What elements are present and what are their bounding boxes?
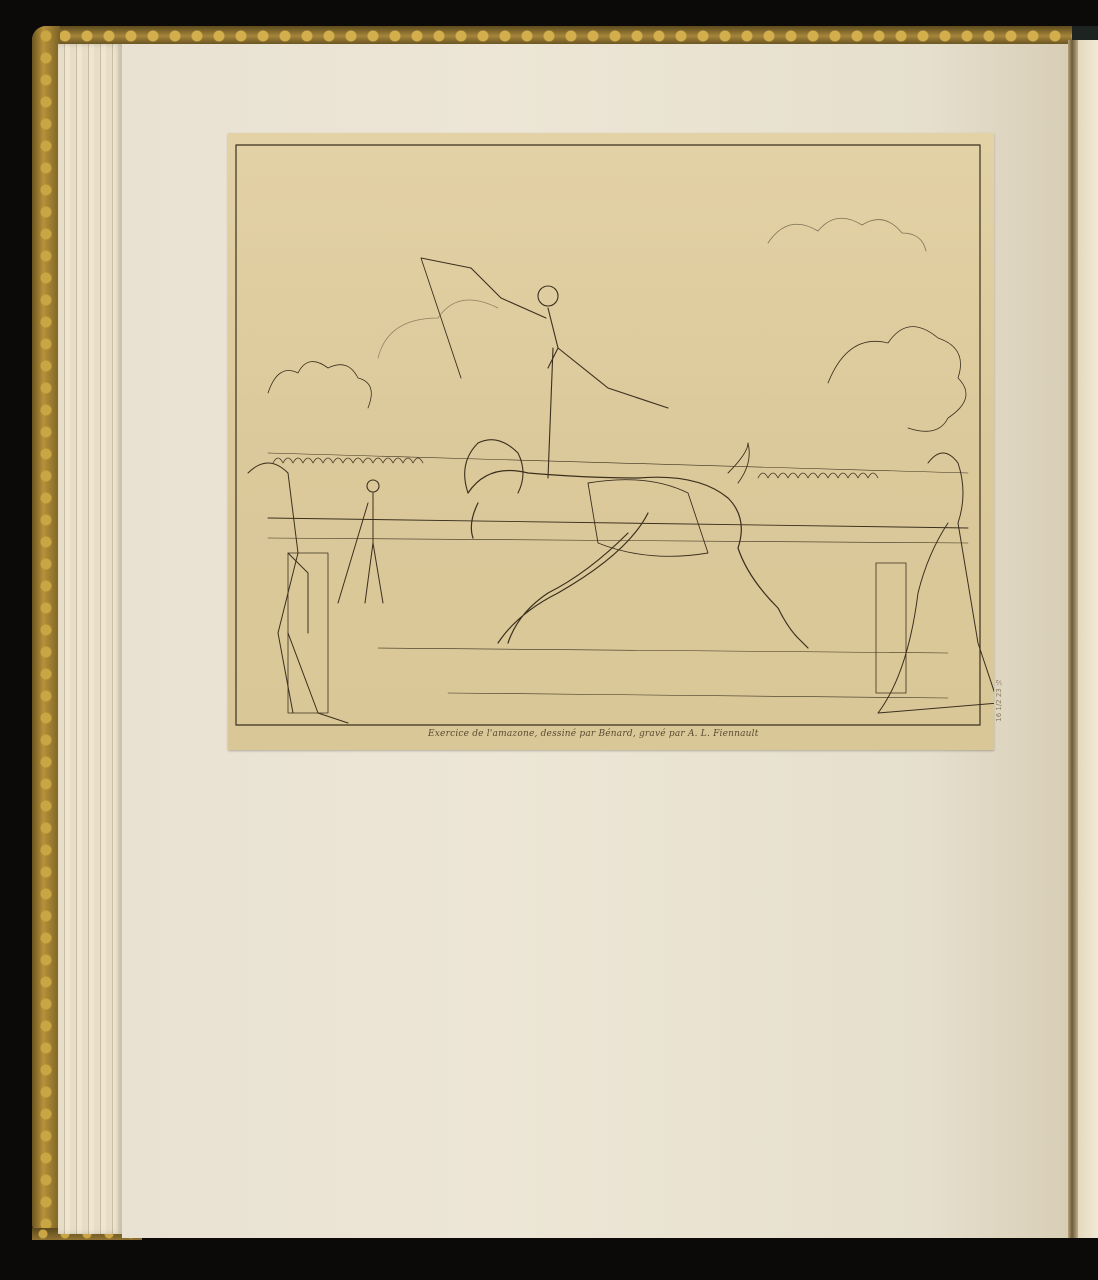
facing-page bbox=[1078, 40, 1098, 1238]
book-gutter bbox=[1068, 40, 1078, 1238]
gilt-border-left bbox=[32, 26, 60, 1238]
side-inscription: 16 1/2 23 ½ bbox=[995, 678, 1003, 722]
engraving-drawing bbox=[228, 133, 994, 750]
page-edges bbox=[58, 44, 122, 1234]
mounted-engraving: Exercice de l'amazone, dessiné par Bénar… bbox=[228, 133, 994, 750]
engraving-caption: Exercice de l'amazone, dessiné par Bénar… bbox=[428, 729, 788, 739]
gilt-border-top bbox=[32, 26, 1072, 46]
